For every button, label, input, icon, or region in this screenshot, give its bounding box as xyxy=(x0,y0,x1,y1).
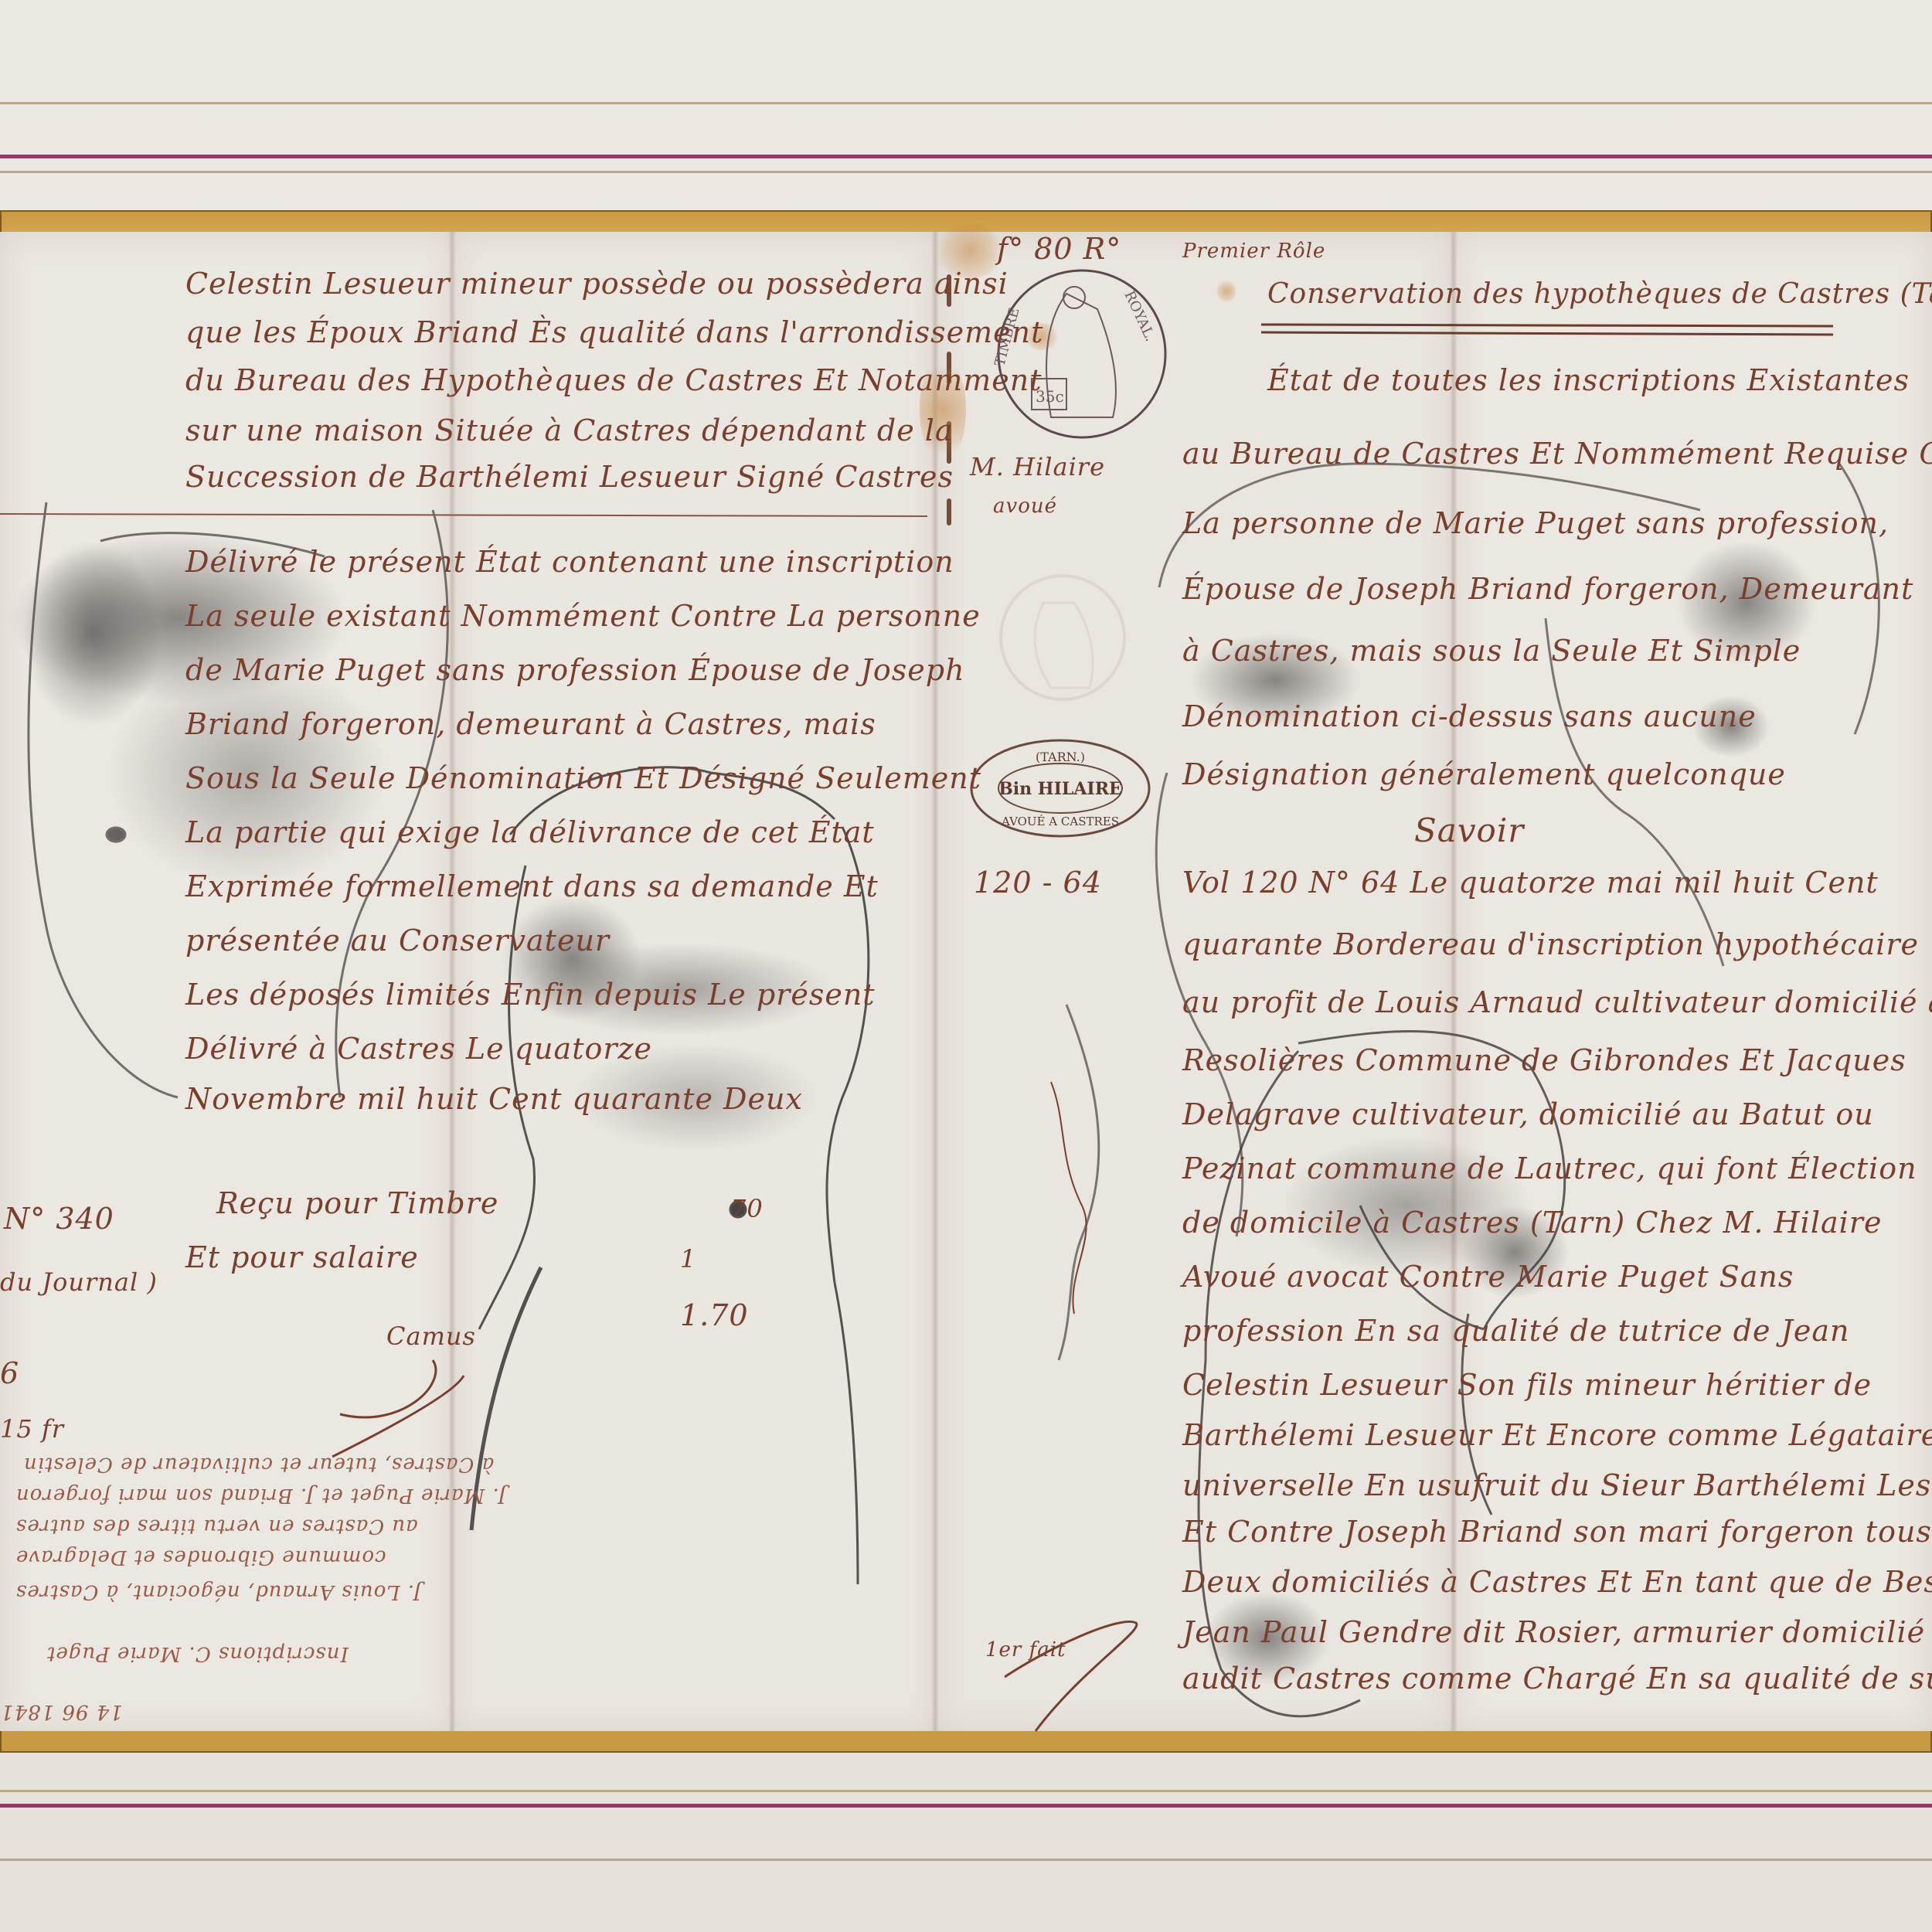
bottom-gold-rule xyxy=(0,1859,1932,1861)
manuscript-line: Briand forgeron, demeurant à Castres, ma… xyxy=(185,707,876,741)
section-heading: Savoir xyxy=(1414,811,1524,849)
signature: Camus xyxy=(386,1321,476,1351)
owner-note: M. Hilaire xyxy=(970,452,1105,481)
manuscript-line: du Bureau des Hypothèques de Castres Et … xyxy=(185,363,1043,397)
manuscript-line: Vol 120 N° 64 Le quatorze mai mil huit C… xyxy=(1182,866,1879,900)
manuscript-line: Et Contre Joseph Briand son mari forgero… xyxy=(1182,1515,1932,1549)
manuscript-line: Delagrave cultivateur, domicilié au Batu… xyxy=(1182,1097,1874,1131)
manuscript-line: La personne de Marie Puget sans professi… xyxy=(1182,506,1889,540)
bottom-gold-rule-inner xyxy=(0,1790,1932,1792)
manuscript-line: à Castres, mais sous la Seule Et Simple xyxy=(1182,634,1801,668)
manuscript-line: Novembre mil huit Cent quarante Deux xyxy=(185,1082,803,1116)
manuscript-line: Exprimée formellement dans sa demande Et xyxy=(185,869,879,903)
manuscript-line: profession En sa qualité de tutrice de J… xyxy=(1182,1314,1849,1348)
margin-note-number: N° 340 xyxy=(4,1202,114,1236)
corner-note: Premier Rôle xyxy=(1182,240,1325,263)
manuscript-line: Avoué avocat Contre Marie Puget Sans xyxy=(1182,1260,1794,1294)
manuscript-line: sur une maison Située à Castres dépendan… xyxy=(185,413,954,447)
manuscript-line: La seule existant Nommément Contre La pe… xyxy=(185,599,981,633)
footer-note: 1er fait xyxy=(985,1638,1066,1662)
manuscript-line: Délivré à Castres Le quatorze xyxy=(185,1032,652,1066)
inverted-note: à Castres, tuteur et cultivateur de Cele… xyxy=(23,1453,494,1476)
manuscript-line: Succession de Barthélemi Lesueur Signé C… xyxy=(185,460,954,494)
manuscript-line: au Bureau de Castres Et Nommément Requis… xyxy=(1182,437,1932,471)
foxing-stain xyxy=(1217,280,1236,303)
manuscript-line: présentée au Conservateur xyxy=(185,923,610,957)
margin-note: 6 xyxy=(0,1356,19,1390)
manuscript-line: Celestin Lesueur Son fils mineur héritie… xyxy=(1182,1368,1872,1402)
inverted-note: commune Gibrondes et Delagrave xyxy=(15,1546,386,1569)
margin-note: 15 fr xyxy=(0,1414,64,1444)
top-plum-rule xyxy=(0,155,1932,158)
bottom-plum-rule xyxy=(0,1804,1932,1808)
manuscript-line: Sous la Seule Dénomination Et Désigné Se… xyxy=(185,761,981,795)
inverted-note: J. Marie Puget et J. Briand son mari for… xyxy=(15,1484,506,1507)
manuscript-line: quarante Bordereau d'inscription hypothé… xyxy=(1182,927,1919,961)
amount-total: 1.70 xyxy=(680,1298,749,1332)
manuscript-line: Pezinat commune de Lautrec, qui font Éle… xyxy=(1182,1151,1917,1185)
binding-stitch xyxy=(947,498,951,526)
amount-value: 70 xyxy=(730,1194,764,1223)
amount-value: 1 xyxy=(680,1244,696,1274)
manuscript-line: Désignation généralement quelconque xyxy=(1182,757,1786,791)
manuscript-line: Reçu pour Timbre xyxy=(216,1186,498,1220)
document-heading: Conservation des hypothèques de Castres … xyxy=(1267,278,1932,310)
inverted-note: J. Louis Arnaud, négociant, à Castres xyxy=(15,1580,422,1604)
manuscript-line: Dénomination ci-dessus sans aucune xyxy=(1182,699,1757,733)
owner-note-title: avoué xyxy=(993,495,1057,518)
manuscript-line: Resolières Commune de Gibrondes Et Jacqu… xyxy=(1182,1043,1906,1077)
manuscript-line: Les déposés limités Enfin depuis Le prés… xyxy=(185,978,876,1012)
margin-note-journal: du Journal ) xyxy=(0,1267,158,1297)
manuscript-line: de Marie Puget sans profession Épouse de… xyxy=(185,653,965,687)
inverted-note: 14 96 1841 xyxy=(0,1700,123,1723)
manuscript-line: Délivré le présent État contenant une in… xyxy=(185,545,954,579)
manuscript-line: que les Époux Briand Ès qualité dans l'a… xyxy=(185,315,1043,349)
top-gold-rule xyxy=(0,102,1932,104)
manuscript-line: universelle En usufruit du Sieur Barthél… xyxy=(1182,1468,1932,1502)
manuscript-line: au profit de Louis Arnaud cultivateur do… xyxy=(1182,985,1932,1019)
folio-number: f° 80 R° xyxy=(997,232,1121,266)
manuscript-line: Épouse de Joseph Briand forgeron, Demeur… xyxy=(1182,572,1913,606)
inverted-note: au Castres en vertu titres des autres xyxy=(15,1515,418,1538)
manuscript-line: Et pour salaire xyxy=(185,1240,419,1274)
manuscript-line: État de toutes les inscriptions Existant… xyxy=(1267,363,1910,397)
manuscript-line: La partie qui exige la délivrance de cet… xyxy=(185,815,875,849)
manuscript-line: Jean Paul Gendre dit Rosier, armurier do… xyxy=(1182,1615,1925,1649)
manuscript-line: Barthélemi Lesueur Et Encore comme Légat… xyxy=(1182,1418,1932,1452)
reference-number: 120 - 64 xyxy=(974,866,1102,900)
inverted-note: Inscriptions C. Marie Puget xyxy=(46,1642,349,1665)
manuscript-line: de domicile à Castres (Tarn) Chez M. Hil… xyxy=(1182,1206,1882,1240)
manuscript-line: Deux domiciliés à Castres Et En tant que… xyxy=(1182,1565,1932,1599)
top-gold-rule-inner xyxy=(0,171,1932,173)
manuscript-line: Celestin Lesueur mineur possède ou possè… xyxy=(185,267,1009,301)
manuscript-line: audit Castres comme Chargé En sa qualité… xyxy=(1182,1662,1932,1696)
